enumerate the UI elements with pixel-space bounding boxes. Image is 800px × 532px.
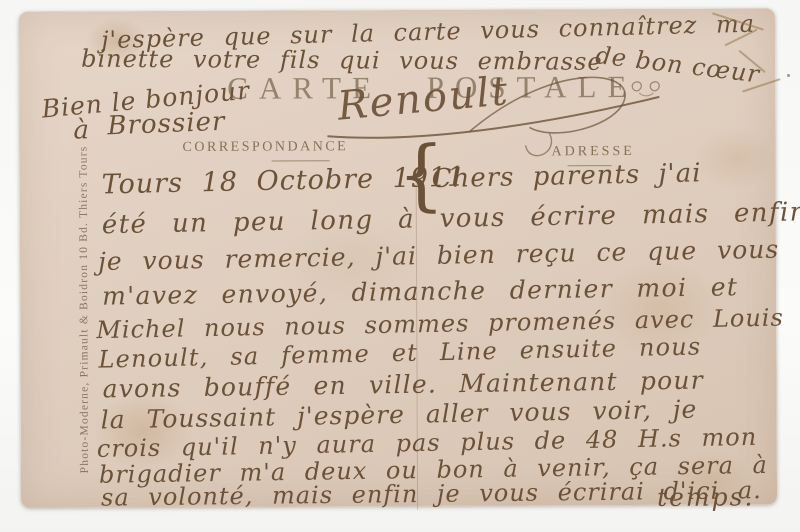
- message-line-1: Chers parents j'ai: [431, 158, 701, 194]
- correspondence-underline: [272, 160, 330, 161]
- handwritten-greeting-a: à: [73, 115, 89, 145]
- scan-speck: [787, 74, 790, 77]
- postcard-back: CARTE POSTALE CORRESPONDANCE ADRESSE Pho…: [19, 8, 777, 507]
- message-closing-word: temps.: [657, 482, 754, 511]
- signature-flourish: [319, 69, 679, 151]
- publisher-imprint: Photo-Moderne, Primault & Boidron 10 Bd.…: [78, 146, 91, 474]
- scanned-postcard-scene: CARTE POSTALE CORRESPONDANCE ADRESSE Pho…: [0, 0, 800, 532]
- handwritten-recipient: Brossier: [107, 107, 226, 142]
- message-line-4: m'avez envoyé, dimanche dernier moi et: [102, 272, 739, 310]
- message-line-2: été un peu long à vous écrire mais enfin: [102, 197, 800, 240]
- message-line-3: je vous remercie, j'ai bien reçu ce que …: [98, 235, 780, 276]
